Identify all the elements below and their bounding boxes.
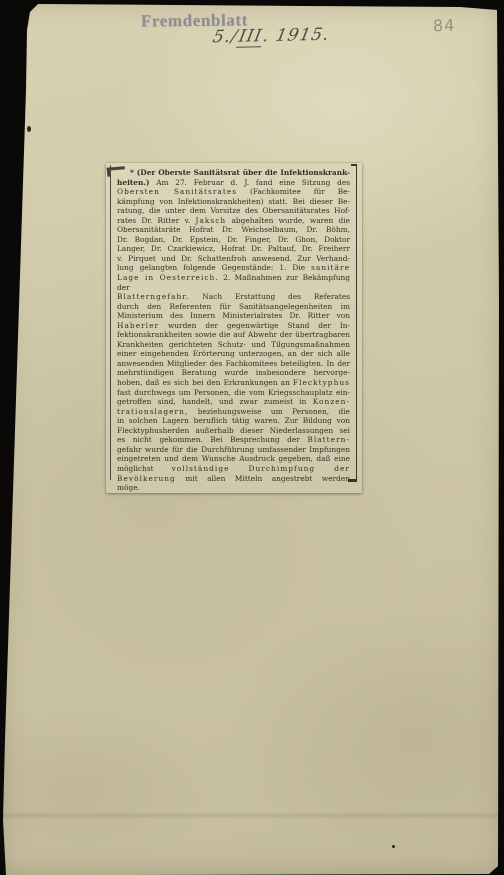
paper-crease <box>0 812 504 819</box>
clipping-line: fast durchwegs um Personen, die vom Krie… <box>117 388 350 398</box>
clipping-line: Lage in Oesterreich. 2. Maßnahmen zur Be… <box>117 273 350 292</box>
clipping-line: Bevölkerung mit allen Mitteln angestrebt… <box>117 474 350 484</box>
clipping-line: möglichst vollständige Durchimpfung der <box>117 464 350 474</box>
clipping-line: Haberler wurden der gegenwärtige Stand d… <box>117 321 350 331</box>
clipping-line: es nicht gekommen. Bei Besprechung der B… <box>117 435 350 445</box>
handwritten-date: 5./III. 1915. <box>211 25 331 48</box>
clipping-line: Langer, Dr. Czarkiewicz, Hofrat Dr. Palt… <box>117 244 350 254</box>
clipping-line: Ministerium des Innern Ministerialrates … <box>117 311 350 321</box>
clipping-line: einer eingehenden Erörterung unterzogen,… <box>117 349 350 359</box>
page-number: 84 <box>433 17 456 36</box>
clipping-line: Krankheiten gerichteten Schutz- und Tilg… <box>117 340 350 350</box>
clipping-line: v. Pirquet und Dr. Schattenfroh anwesend… <box>117 254 350 264</box>
clipping-line: rates Dr. Ritter v. Jaksch abgehalten wu… <box>117 216 350 226</box>
clipping-line: gefahr wurde für die Durchführung umfass… <box>117 445 350 455</box>
clipping-line: kämpfung von Infektionskrankheiten) stat… <box>117 197 350 207</box>
clipping-line: fektionskrankheiten sowie die auf Abwehr… <box>117 330 350 340</box>
newspaper-clipping: * (Der Oberste Sanitätsrat über die Infe… <box>106 163 362 493</box>
clipping-line: Obersanitätsräte Hofrat Dr. Weichselbaum… <box>117 225 350 235</box>
clipping-line: Blatterngefahr. Nach Erstattung des Refe… <box>117 292 350 302</box>
clipping-line: heiten.) Am 27. Februar d. J. fand eine … <box>117 178 350 188</box>
clipping-line: lung gelangten folgende Gegenstände: 1. … <box>117 263 350 273</box>
clipping-line: ratung, die unter dem Vorsitze des Obers… <box>117 206 350 216</box>
scan-background: { "document": { "stamp": "Fremdenblatt",… <box>0 0 504 875</box>
clipping-text: * (Der Oberste Sanitätsrat über die Infe… <box>117 168 350 493</box>
paper-speck <box>27 126 31 132</box>
clipping-line: möge. <box>117 483 350 493</box>
clipping-line: anwesenden Mitglieder des Fachkomitees b… <box>117 359 350 369</box>
paper-sheet: Fremdenblatt 5./III. 1915. 84 * (Der Obe… <box>0 0 504 875</box>
clipping-line: getroffen sind, handelt, und zwar zumeis… <box>117 397 350 407</box>
clipping-line: trationslagern, beziehungsweise um Perso… <box>117 407 350 417</box>
clipping-line: durch den Referenten für Sanitätsangeleg… <box>117 302 350 312</box>
clipping-line: Obersten Sanitätsrates (Fachkomitee für … <box>117 187 350 197</box>
clipping-line: Dr. Bogdan, Dr. Epstein, Dr. Finger, Dr.… <box>117 235 350 245</box>
clipping-line: mehrstündigen Beratung wurde insbesonder… <box>117 368 350 378</box>
clipping-line: hoben, daß es sich bei den Erkrankungen … <box>117 378 350 388</box>
paper-speck <box>392 845 395 848</box>
clipping-line: in solchen Lagern beruflich tätig waren.… <box>117 416 350 426</box>
clipping-line: eingetreten und dem Wunsche Ausdruck geg… <box>117 454 350 464</box>
clipping-line: * (Der Oberste Sanitätsrat über die Infe… <box>117 168 350 178</box>
clipping-line: Flecktyphusherden außerhalb dieser Niede… <box>117 426 350 436</box>
date-year: . 1915. <box>261 25 331 46</box>
